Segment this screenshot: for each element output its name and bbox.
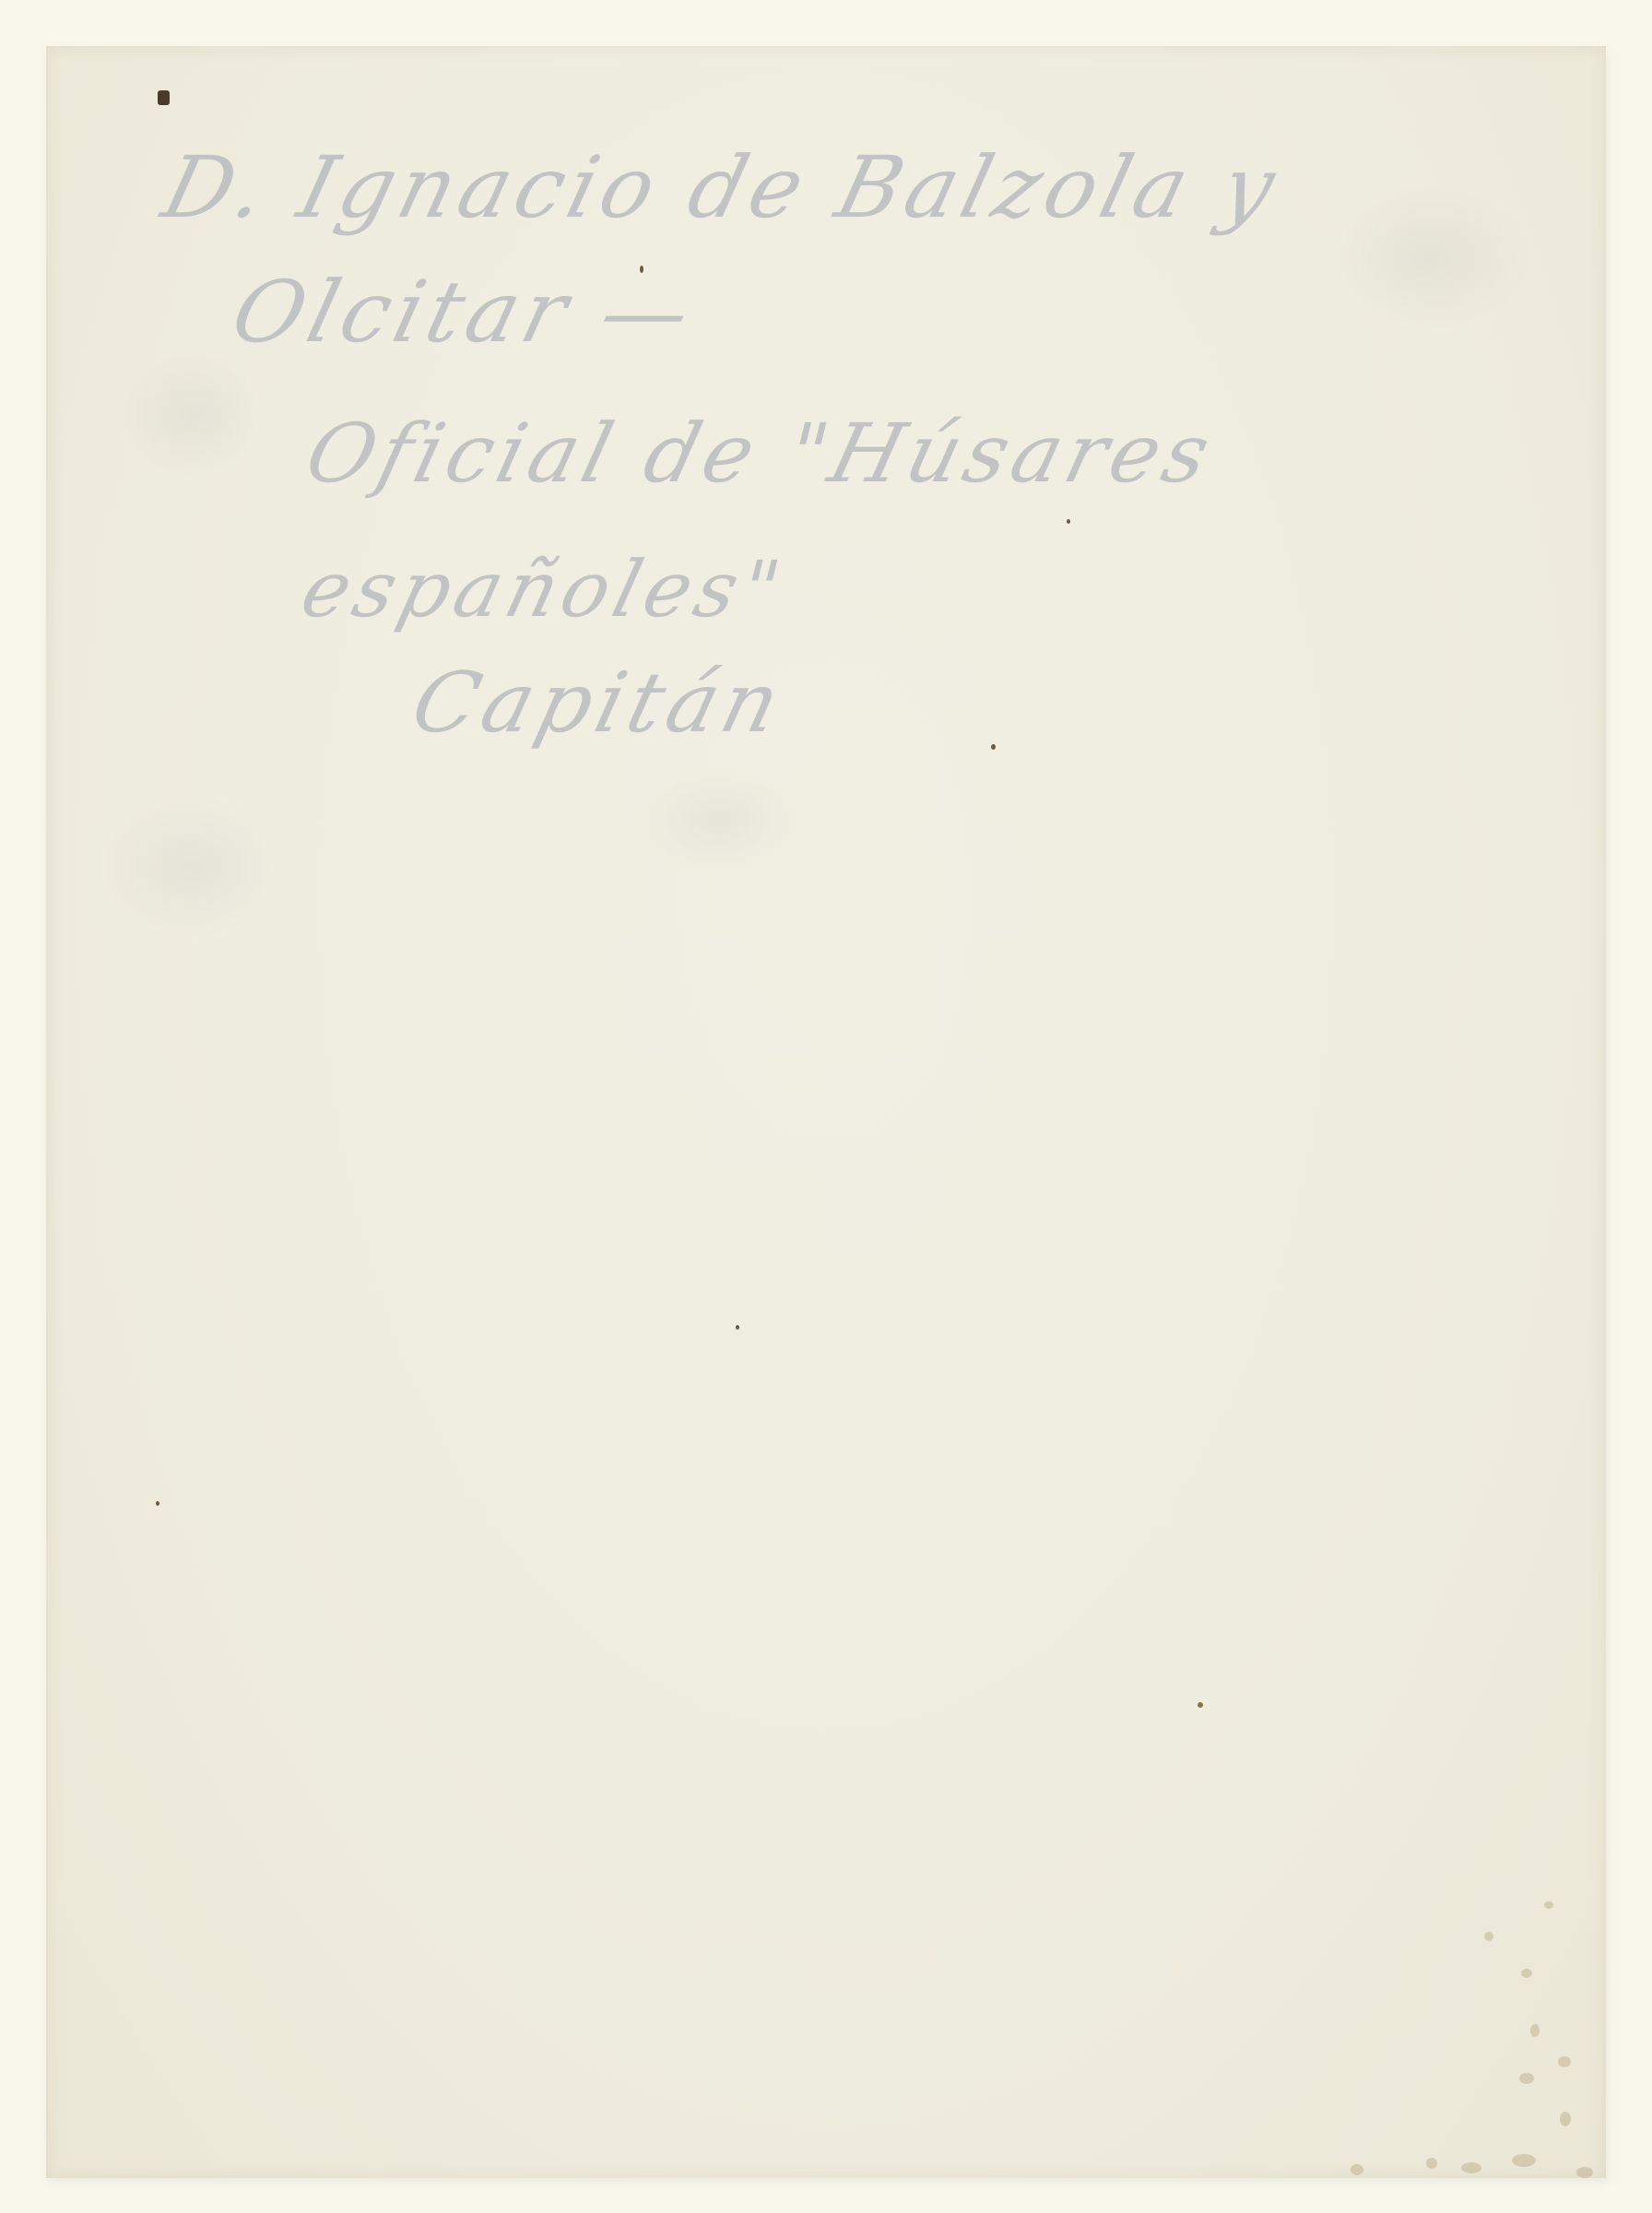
- fingerprint-smudge: [120, 350, 267, 479]
- handwriting-line-regiment: españoles": [293, 544, 795, 634]
- foxing-stain: [1512, 2154, 1536, 2167]
- paper-sheet: [46, 46, 1606, 2178]
- foxing-stain: [1530, 2024, 1540, 2037]
- ink-speck: [158, 90, 170, 105]
- foxing-stain: [1426, 2158, 1437, 2169]
- ink-speck: [736, 1325, 739, 1330]
- handwriting-line-name: D. Ignacio de Balzola y: [154, 138, 1290, 237]
- foxing-stain: [1560, 2112, 1571, 2126]
- fingerprint-smudge: [1327, 184, 1530, 332]
- foxing-stain: [1351, 2164, 1363, 2175]
- foxing-stain: [1521, 1969, 1532, 1978]
- ink-speck: [1067, 519, 1070, 524]
- foxing-stain: [1461, 2162, 1481, 2173]
- handwriting-line-title: Capitán: [403, 655, 795, 751]
- foxing-stain: [1558, 2056, 1571, 2067]
- foxing-stain: [1576, 2167, 1593, 2178]
- ink-speck: [991, 744, 996, 750]
- foxing-stain: [1484, 1932, 1493, 1941]
- foxing-stain: [1544, 1901, 1553, 1909]
- foxing-stain: [1519, 2073, 1534, 2084]
- ink-speck: [156, 1501, 159, 1506]
- fingerprint-smudge: [101, 793, 286, 941]
- handwriting-line-surname: Olcitar —: [223, 263, 706, 361]
- fingerprint-smudge: [636, 765, 802, 876]
- handwriting-line-rank: Oficial de "Húsares: [297, 406, 1224, 501]
- ink-speck: [1198, 1702, 1203, 1708]
